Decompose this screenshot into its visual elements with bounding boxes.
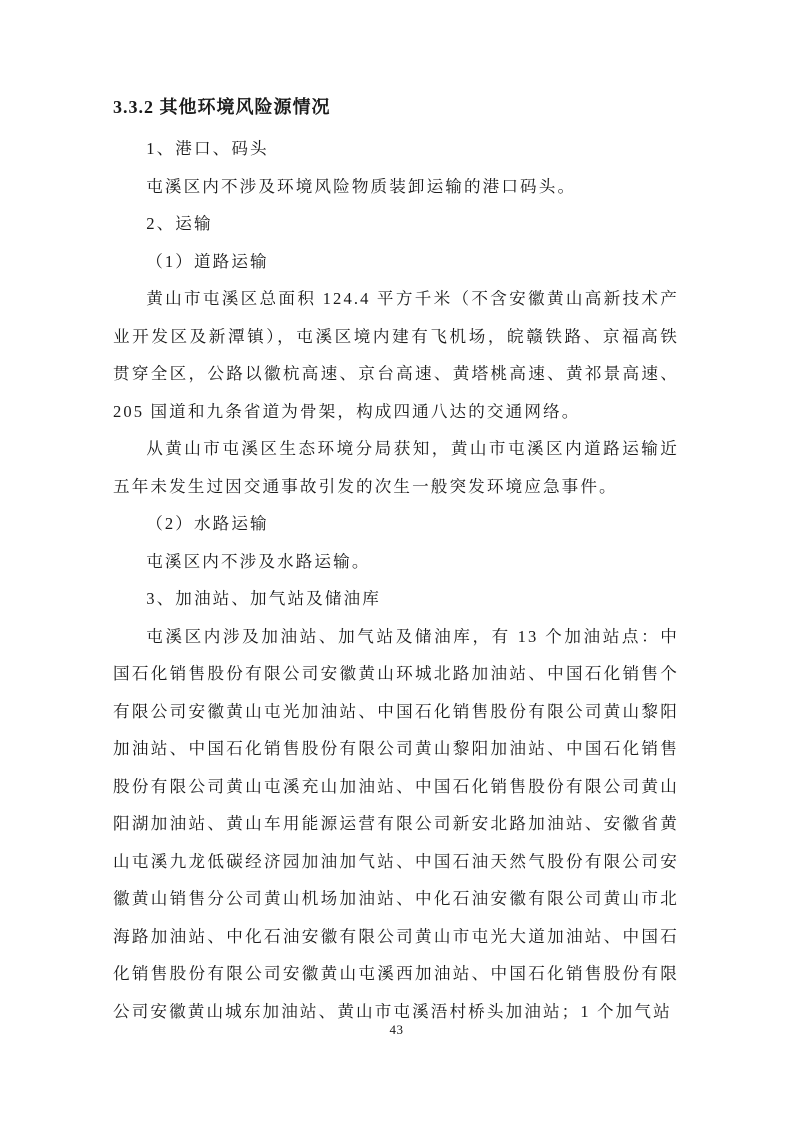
paragraph-road-network: 黄山市屯溪区总面积 124.4 平方千米（不含安徽黄山高新技术产业开发区及新潭镇… [113, 280, 679, 430]
list-item-water-transport: （2）水路运输 [113, 505, 679, 543]
page-content: 3.3.2 其他环境风险源情况 1、港口、码头 屯溪区内不涉及环境风险物质装卸运… [113, 90, 679, 1030]
paragraph-road-accidents: 从黄山市屯溪区生态环境分局获知，黄山市屯溪区内道路运输近五年未发生过因交通事故引… [113, 430, 679, 505]
paragraph-ports-statement: 屯溪区内不涉及环境风险物质装卸运输的港口码头。 [113, 168, 679, 206]
list-item-ports: 1、港口、码头 [113, 130, 679, 168]
paragraph-gas-station-list: 屯溪区内涉及加油站、加气站及储油库，有 13 个加油站点：中国石化销售股份有限公… [113, 618, 679, 1031]
page-number: 43 [0, 1022, 793, 1038]
document-page: 3.3.2 其他环境风险源情况 1、港口、码头 屯溪区内不涉及环境风险物质装卸运… [0, 0, 793, 1122]
list-item-transport: 2、运输 [113, 205, 679, 243]
section-heading: 3.3.2 其他环境风险源情况 [113, 90, 679, 124]
paragraph-water-statement: 屯溪区内不涉及水路运输。 [113, 543, 679, 581]
list-item-gas-stations: 3、加油站、加气站及储油库 [113, 580, 679, 618]
list-item-road-transport: （1）道路运输 [113, 243, 679, 281]
